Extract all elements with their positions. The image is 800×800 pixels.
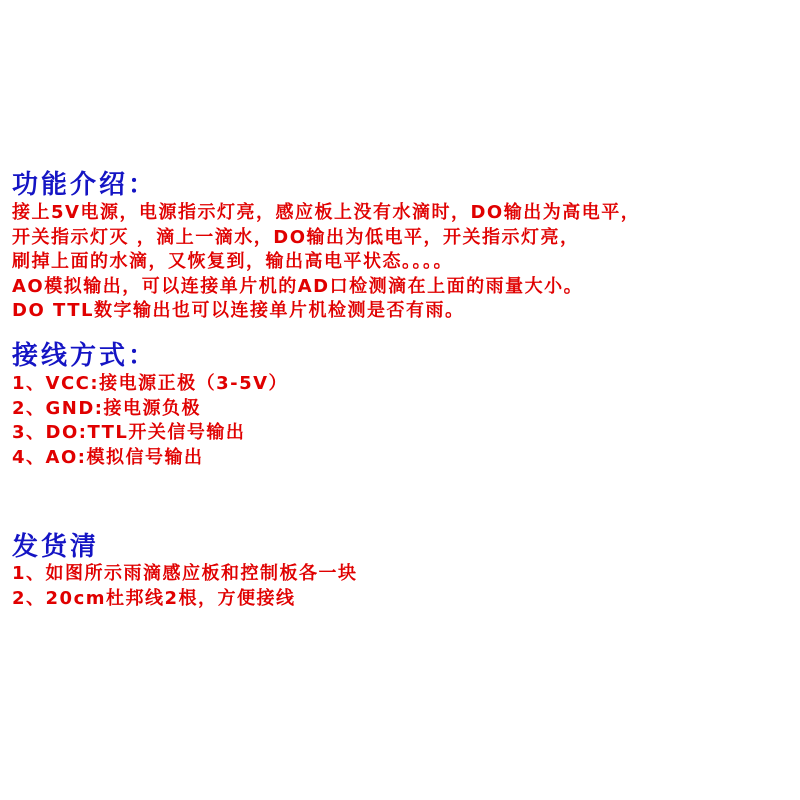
wiring-line-gnd: 2、GND:接电源负极 <box>12 397 800 422</box>
features-line: 开关指示灯灭 ，滴上一滴水，DO输出为低电平，开关指示灯亮， <box>12 226 800 251</box>
shipping-section: 发货清 1、如图所示雨滴感应板和控制板各一块 2、20cm杜邦线2根，方便接线 <box>12 532 800 611</box>
wiring-line-vcc: 1、VCC:接电源正极（3-5V） <box>12 372 800 397</box>
shipping-line: 2、20cm杜邦线2根，方便接线 <box>12 587 800 612</box>
features-line: 接上5V电源，电源指示灯亮，感应板上没有水滴时，DO输出为高电平， <box>12 201 800 226</box>
features-section: 功能介绍： 接上5V电源，电源指示灯亮，感应板上没有水滴时，DO输出为高电平， … <box>12 170 800 324</box>
features-line: 刷掉上面的水滴，又恢复到，输出高电平状态。。。。 <box>12 250 800 275</box>
wiring-line-do: 3、DO:TTL开关信号输出 <box>12 421 800 446</box>
shipping-line: 1、如图所示雨滴感应板和控制板各一块 <box>12 562 800 587</box>
features-line: AO模拟输出，可以连接单片机的AD口检测滴在上面的雨量大小。 <box>12 275 800 300</box>
shipping-heading: 发货清 <box>12 532 800 562</box>
wiring-section: 接线方式： 1、VCC:接电源正极（3-5V） 2、GND:接电源负极 3、DO… <box>12 341 800 470</box>
features-line: DO TTL数字输出也可以连接单片机检测是否有雨。 <box>12 299 800 324</box>
features-heading: 功能介绍： <box>12 170 800 200</box>
wiring-heading: 接线方式： <box>12 341 800 371</box>
wiring-line-ao: 4、AO:模拟信号输出 <box>12 446 800 471</box>
